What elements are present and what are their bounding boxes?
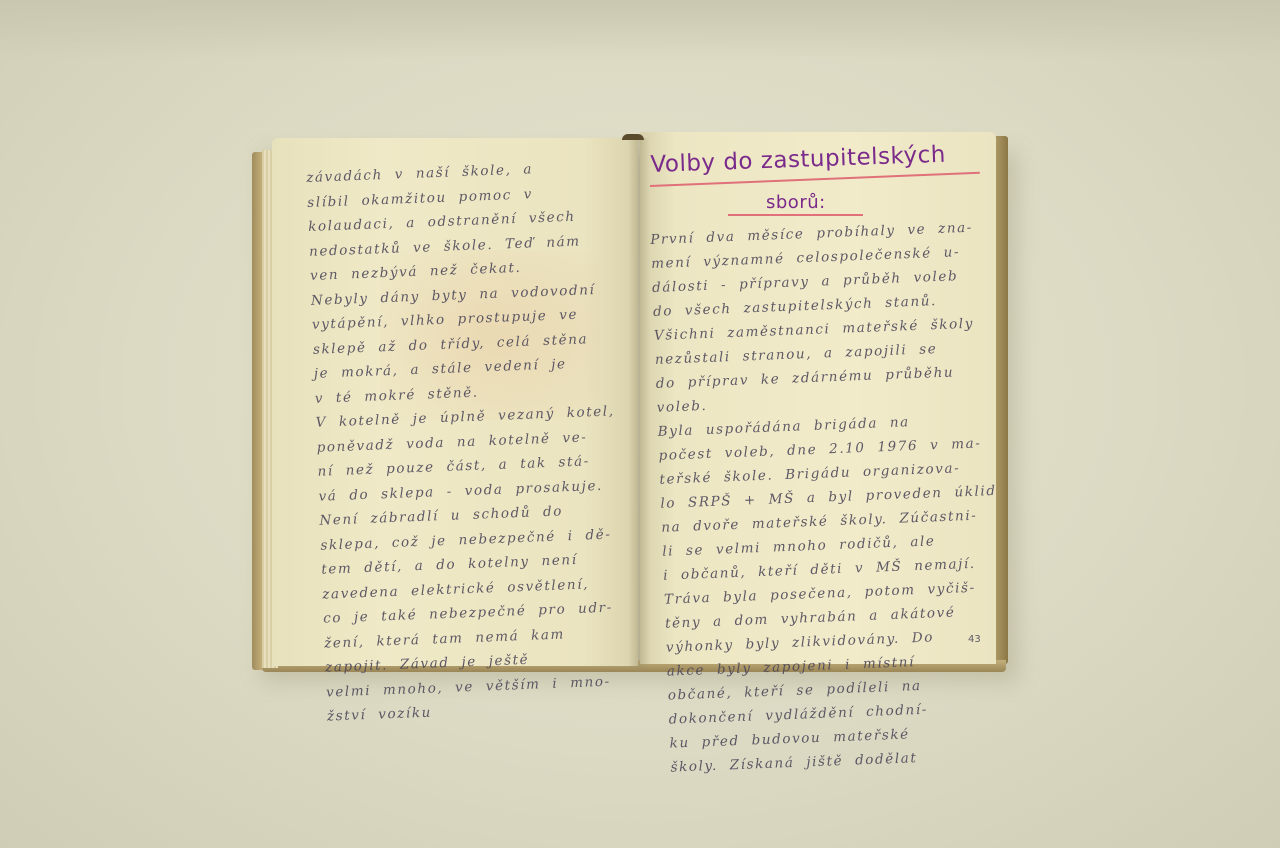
page-subtitle: sborů: — [766, 192, 826, 213]
page-number: 43 — [968, 634, 981, 645]
subtitle-underline — [728, 214, 863, 216]
background-shadow — [0, 0, 1280, 60]
left-page-text: závadách v naší škole, a slíbil okamžito… — [306, 158, 637, 733]
right-page-text: První dva měsíce probíhaly ve zna- mení … — [650, 219, 1006, 783]
bookmark-ribbon — [622, 134, 644, 140]
